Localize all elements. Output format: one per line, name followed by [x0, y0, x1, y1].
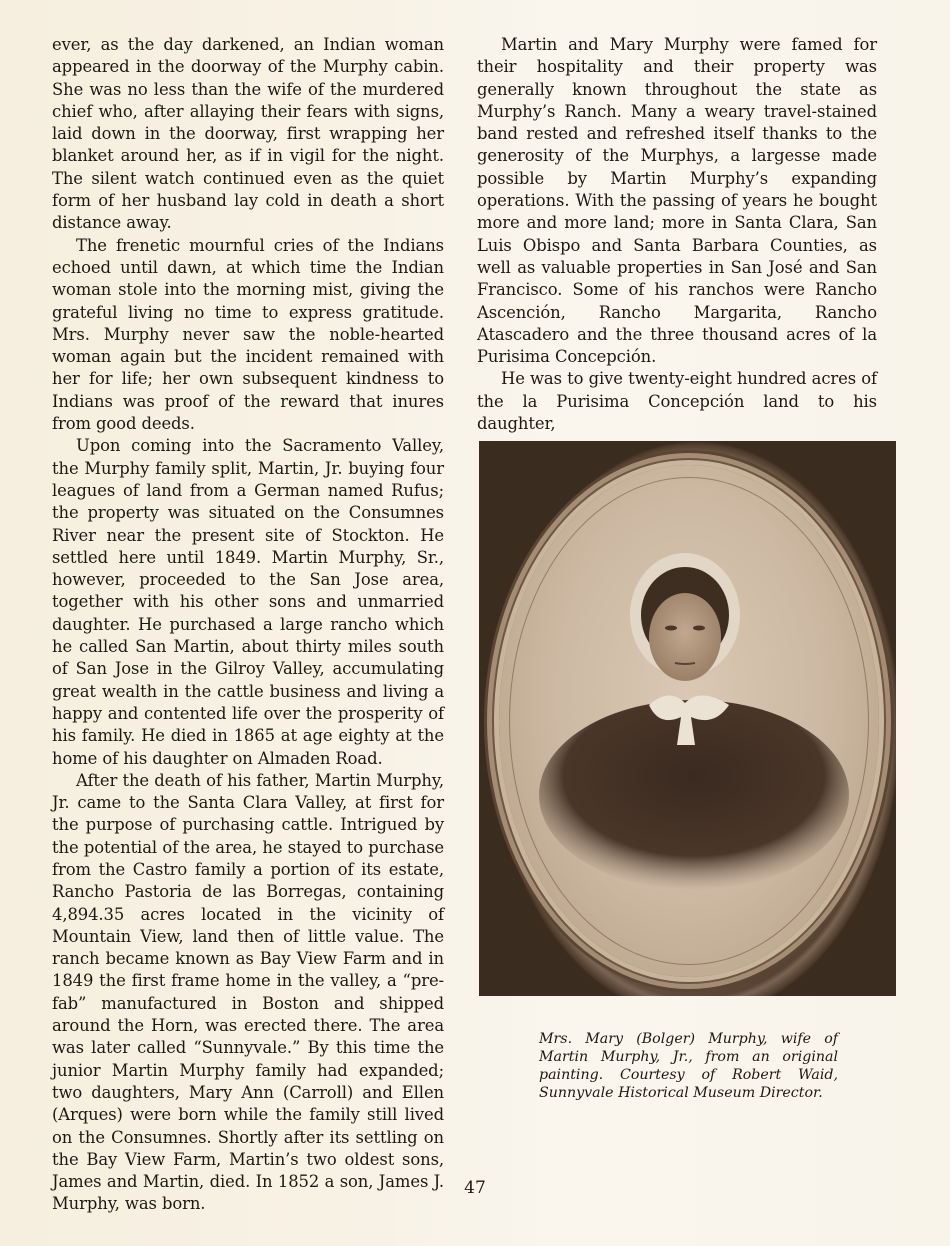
- left-text-column: ever, as the day darkened, an Indian wom…: [52, 34, 444, 1216]
- right-text-column: Martin and Mary Murphy were famed for th…: [477, 34, 877, 435]
- paragraph: ever, as the day darkened, an Indian wom…: [52, 34, 444, 235]
- figure-caption: Mrs. Mary (Bolger) Murphy, wife of Marti…: [539, 1030, 838, 1102]
- paragraph: After the death of his father, Martin Mu…: [52, 770, 444, 1216]
- oval-frame: [499, 465, 879, 977]
- page-number: 47: [0, 1178, 950, 1198]
- paragraph: Martin and Mary Murphy were famed for th…: [477, 34, 877, 368]
- portrait-figure: [499, 465, 879, 977]
- paragraph: He was to give twenty-eight hundred acre…: [477, 368, 877, 435]
- portrait-photo: [479, 441, 896, 996]
- paragraph: The frenetic mournful cries of the India…: [52, 235, 444, 436]
- paragraph: Upon coming into the Sacramento Valley, …: [52, 435, 444, 769]
